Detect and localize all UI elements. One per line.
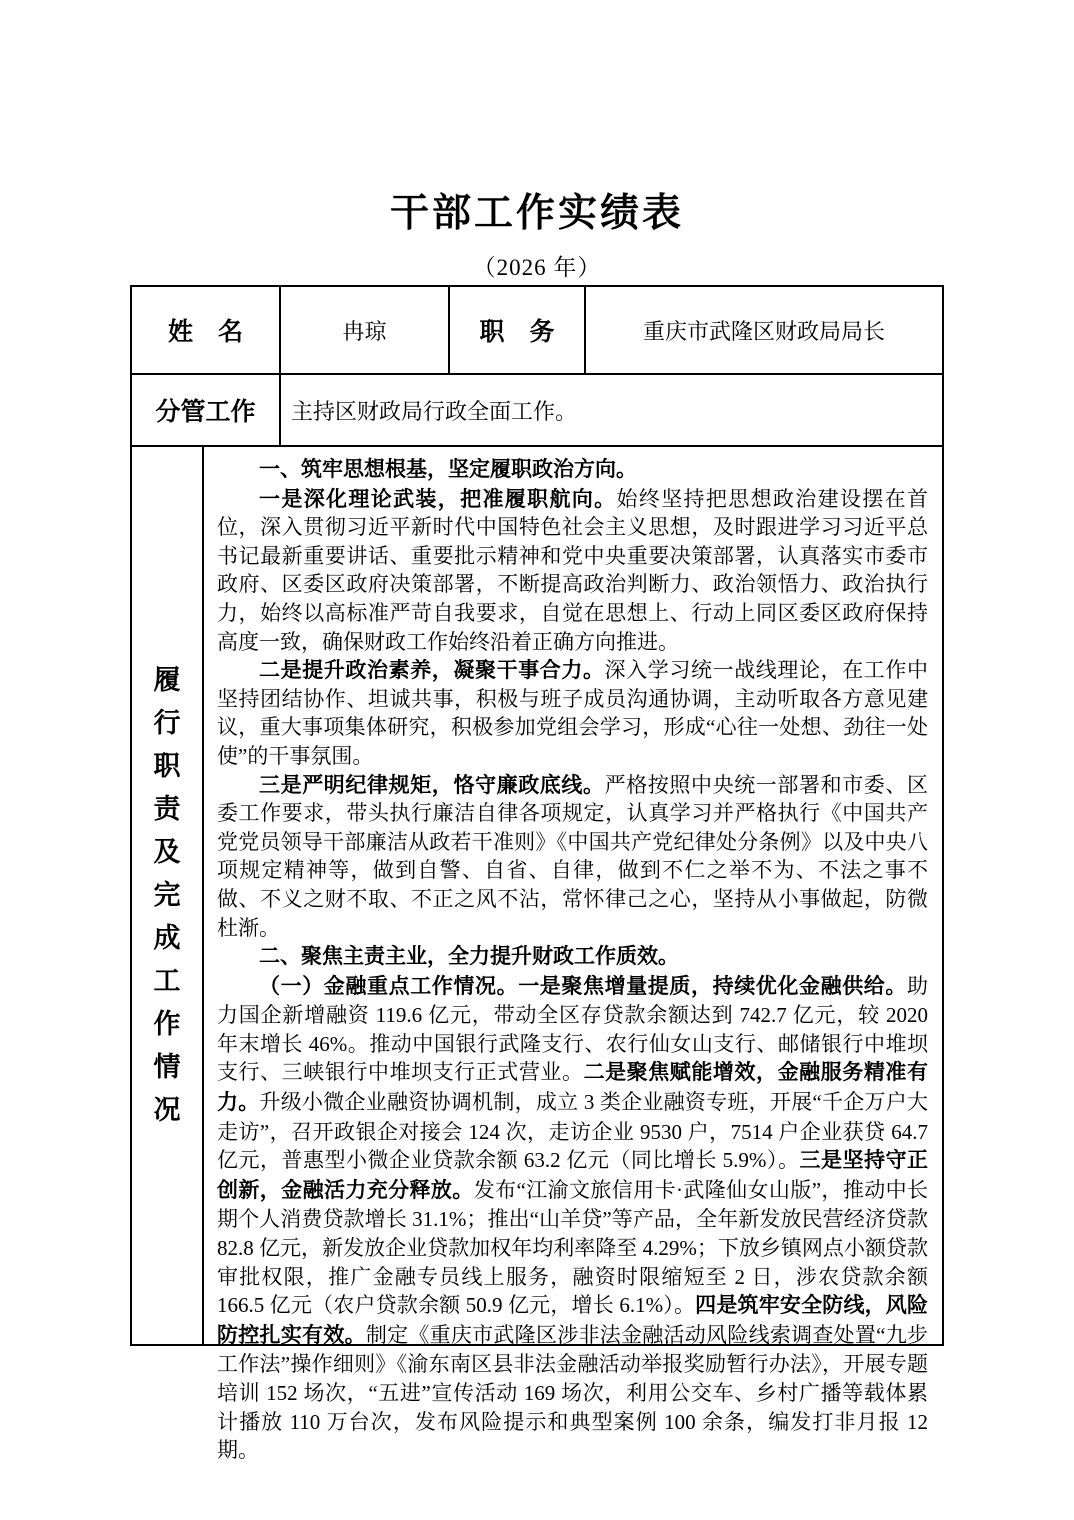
side-label-char: 成: [154, 925, 181, 952]
paragraph-run-lead: （一）金融重点工作情况。: [259, 974, 518, 998]
duty-value: 主持区财政局行政全面工作。: [291, 395, 577, 426]
position-value-cell: 重庆市武隆区财政局局长: [586, 287, 942, 373]
paragraph-run-lead: 一是深化理论武装，把准履职航向。: [259, 487, 617, 511]
side-label-char: 工: [154, 968, 181, 995]
paragraph-run-normal: 严格按照中央统一部署和市委、区委工作要求，带头执行廉洁自律各项规定，认真学习并严…: [217, 773, 928, 940]
performance-table: 姓 名 冉琼 职 务 重庆市武隆区财政局局长 分管工作 主持区财政局行政全面工作…: [130, 285, 944, 1346]
duty-label-cell: 分管工作: [132, 375, 281, 445]
side-label-char: 履: [154, 667, 181, 694]
paragraph-run-normal: 始终坚持把思想政治建设摆在首位，深入贯彻习近平新时代中国特色社会主义思想，及时跟…: [217, 487, 928, 654]
side-label-char: 行: [154, 710, 181, 737]
side-label-char: 况: [154, 1097, 181, 1124]
table-row-duty: 分管工作 主持区财政局行政全面工作。: [132, 375, 942, 447]
name-label: 姓 名: [168, 312, 243, 348]
performance-side-label: 履行职责及完成工作情况: [132, 447, 202, 1344]
name-value: 冉琼: [342, 315, 386, 346]
paragraph: 二、聚焦主责主业，全力提升财政工作质效。: [217, 942, 928, 972]
name-value-cell: 冉琼: [281, 287, 450, 373]
duty-label: 分管工作: [155, 392, 255, 428]
duty-value-cell: 主持区财政局行政全面工作。: [281, 375, 942, 445]
position-label-cell: 职 务: [450, 287, 586, 373]
side-label-char: 完: [154, 882, 181, 909]
paragraph-run-lead: 三是严明纪律规矩，恪守廉政底线。: [259, 773, 605, 797]
page-title: 干部工作实绩表: [0, 182, 1074, 238]
paragraph: 二是提升政治素养，凝聚干事合力。深入学习统一战线理论，在工作中坚持团结协作、坦诚…: [217, 656, 928, 770]
side-label-char: 职: [154, 753, 181, 780]
position-value: 重庆市武隆区财政局局长: [643, 315, 885, 346]
position-label: 职 务: [479, 312, 554, 348]
side-label-char: 责: [154, 796, 181, 823]
side-label-char: 作: [154, 1011, 181, 1038]
paragraph: 一、筑牢思想根基，坚定履职政治方向。: [217, 455, 928, 485]
name-label-cell: 姓 名: [132, 287, 281, 373]
paragraph-run-strong: 一是聚焦增量提质，持续优化金融供给。: [518, 975, 907, 998]
paragraph: 三是严明纪律规矩，恪守廉政底线。严格按照中央统一部署和市委、区委工作要求，带头执…: [217, 771, 928, 943]
performance-content-cell: 一、筑牢思想根基，坚定履职政治方向。一是深化理论武装，把准履职航向。始终坚持把思…: [204, 447, 942, 1344]
paragraph: （一）金融重点工作情况。一是聚焦增量提质，持续优化金融供给。助力国企新增融资 1…: [217, 972, 928, 1465]
page-subtitle: （2026 年）: [0, 249, 1074, 282]
table-row-performance: 履行职责及完成工作情况 一、筑牢思想根基，坚定履职政治方向。一是深化理论武装，把…: [132, 447, 942, 1344]
document-page: 干部工作实绩表 （2026 年） 姓 名 冉琼 职 务 重庆市武隆区财政局局长 …: [0, 0, 1074, 1520]
performance-side-label-cell: 履行职责及完成工作情况: [132, 447, 204, 1344]
table-row-identity: 姓 名 冉琼 职 务 重庆市武隆区财政局局长: [132, 287, 942, 375]
paragraph-run-heading: 二、聚焦主责主业，全力提升财政工作质效。: [259, 945, 679, 968]
side-label-char: 及: [154, 839, 181, 866]
paragraph: 一是深化理论武装，把准履职航向。始终坚持把思想政治建设摆在首位，深入贯彻习近平新…: [217, 485, 928, 657]
paragraph-run-lead: 二是提升政治素养，凝聚干事合力。: [259, 658, 605, 682]
paragraph-run-heading: 一、筑牢思想根基，坚定履职政治方向。: [259, 458, 637, 481]
side-label-char: 情: [154, 1054, 181, 1081]
